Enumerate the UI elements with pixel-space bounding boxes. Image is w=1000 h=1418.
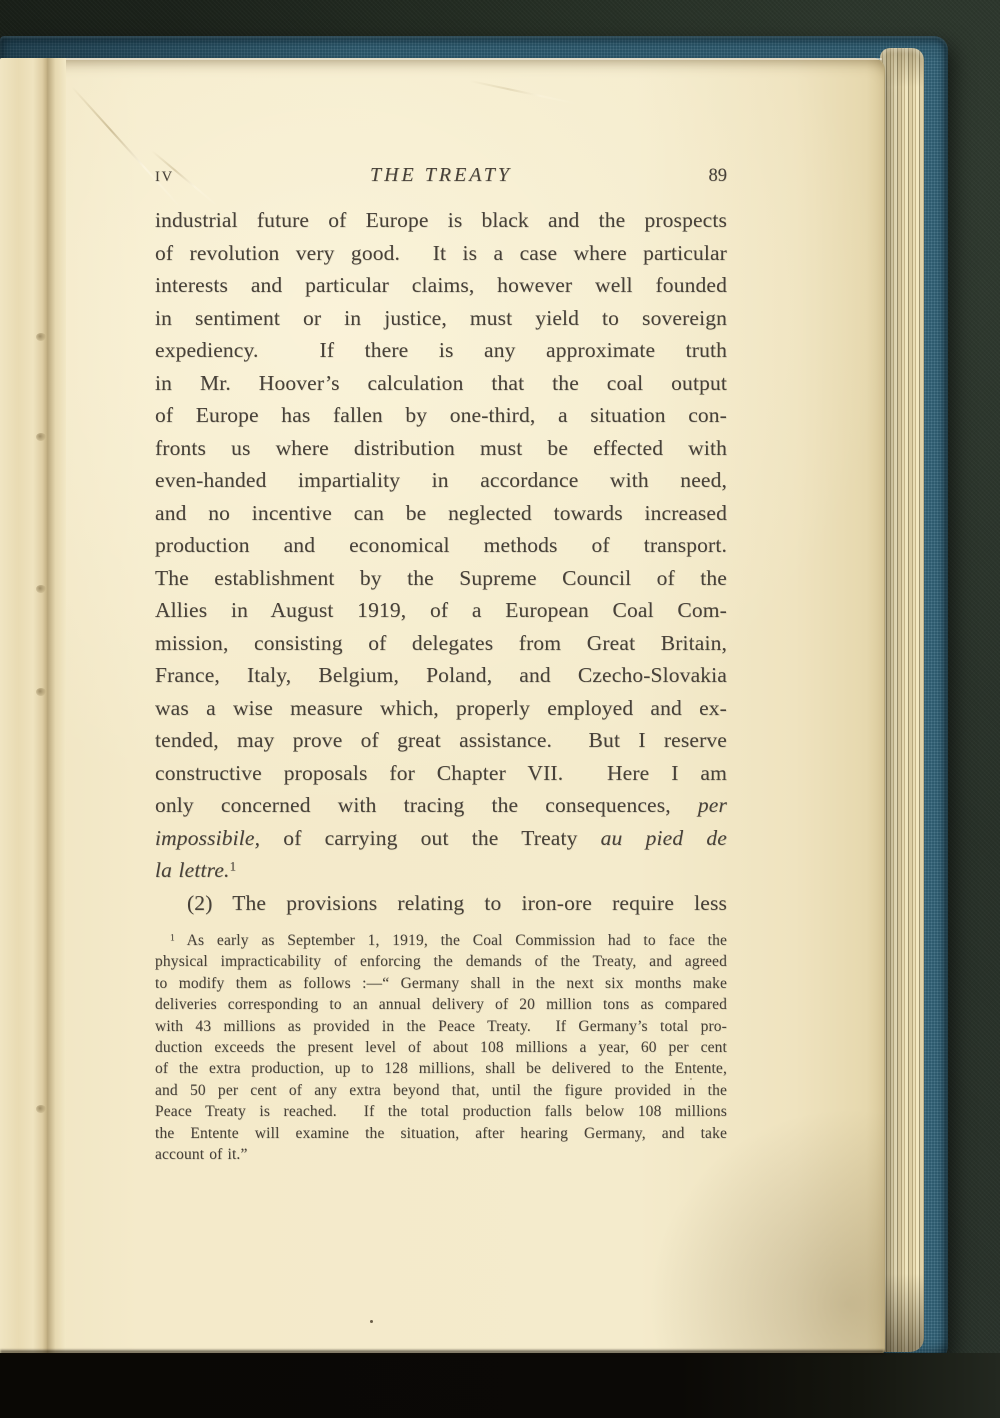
- footnote-line: physical impracticability of enforcing t…: [155, 951, 727, 972]
- binding-stitch-mark: [36, 433, 46, 441]
- body-line: interests and particular claims, however…: [155, 269, 727, 302]
- paper-crease: [470, 80, 578, 105]
- paper-crease: [71, 86, 183, 210]
- body-line: of Europe has fallen by one-third, a sit…: [155, 399, 727, 432]
- book-photo: IV THE TREATY 89 industrial future of Eu…: [0, 0, 1000, 1418]
- footnote-line: 1 As early as September 1, 1919, the Coa…: [155, 930, 727, 951]
- body-line: impossibile, of carrying out the Treaty …: [155, 822, 727, 855]
- footnote-line: account of it.”: [155, 1144, 727, 1165]
- body-line: in Mr. Hoover’s calculation that the coa…: [155, 367, 727, 400]
- footnote-line: of the extra production, up to 128 milli…: [155, 1058, 727, 1079]
- body-line: was a wise measure which, properly emplo…: [155, 692, 727, 725]
- body-text: industrial future of Europe is black and…: [155, 204, 727, 919]
- footnote-line: the Entente will examine the situation, …: [155, 1123, 727, 1144]
- body-line: The establishment by the Supreme Council…: [155, 562, 727, 595]
- footnote-reference: 1: [230, 860, 237, 874]
- body-line: expediency. If there is any approximate …: [155, 334, 727, 367]
- binding-stitch-mark: [36, 333, 46, 341]
- body-line: only concerned with tracing the conseque…: [155, 789, 727, 822]
- body-line: fronts us where distribution must be eff…: [155, 432, 727, 465]
- body-line: of revolution very good. It is a case wh…: [155, 237, 727, 270]
- gutter-fold: [0, 58, 66, 1356]
- body-line: (2) The provisions relating to iron-ore …: [155, 887, 727, 920]
- chapter-numeral: IV: [155, 169, 174, 186]
- page-edge-stack: [880, 48, 924, 1352]
- body-line: and no incentive can be neglected toward…: [155, 497, 727, 530]
- binding-stitch-mark: [36, 688, 46, 696]
- page-number: 89: [709, 166, 728, 187]
- footnote-line: with 43 millions as provided in the Peac…: [155, 1016, 727, 1037]
- book-page: IV THE TREATY 89 industrial future of Eu…: [0, 58, 885, 1356]
- body-line: mission, consisting of delegates from Gr…: [155, 627, 727, 660]
- binding-stitch-mark: [36, 1105, 46, 1113]
- footnote-text: 1 As early as September 1, 1919, the Coa…: [155, 930, 727, 1165]
- body-line: la lettre.1: [155, 854, 727, 887]
- footnote-line: duction exceeds the present level of abo…: [155, 1037, 727, 1058]
- footnote-line: deliveries corresponding to an annual de…: [155, 994, 727, 1015]
- foreground-shadow: [0, 1353, 1000, 1418]
- body-line: even-handed impartiality in accordance w…: [155, 464, 727, 497]
- body-line: industrial future of Europe is black and…: [155, 204, 727, 237]
- footnote-line: to modify them as follows :—“ Germany sh…: [155, 973, 727, 994]
- running-title: THE TREATY: [370, 164, 512, 187]
- binding-stitch-mark: [36, 585, 46, 593]
- body-line: Allies in August 1919, of a European Coa…: [155, 594, 727, 627]
- footnote-line: Peace Treaty is reached. If the total pr…: [155, 1101, 727, 1122]
- body-line: production and economical methods of tra…: [155, 529, 727, 562]
- paper-speck: [370, 1320, 373, 1323]
- footnote-line: and 50 per cent of any extra beyond that…: [155, 1080, 727, 1101]
- body-line: in sentiment or in justice, must yield t…: [155, 302, 727, 335]
- body-line: tended, may prove of great assistance. B…: [155, 724, 727, 757]
- body-line: constructive proposals for Chapter VII. …: [155, 757, 727, 790]
- body-line: France, Italy, Belgium, Poland, and Czec…: [155, 659, 727, 692]
- running-header: IV THE TREATY 89: [155, 164, 727, 187]
